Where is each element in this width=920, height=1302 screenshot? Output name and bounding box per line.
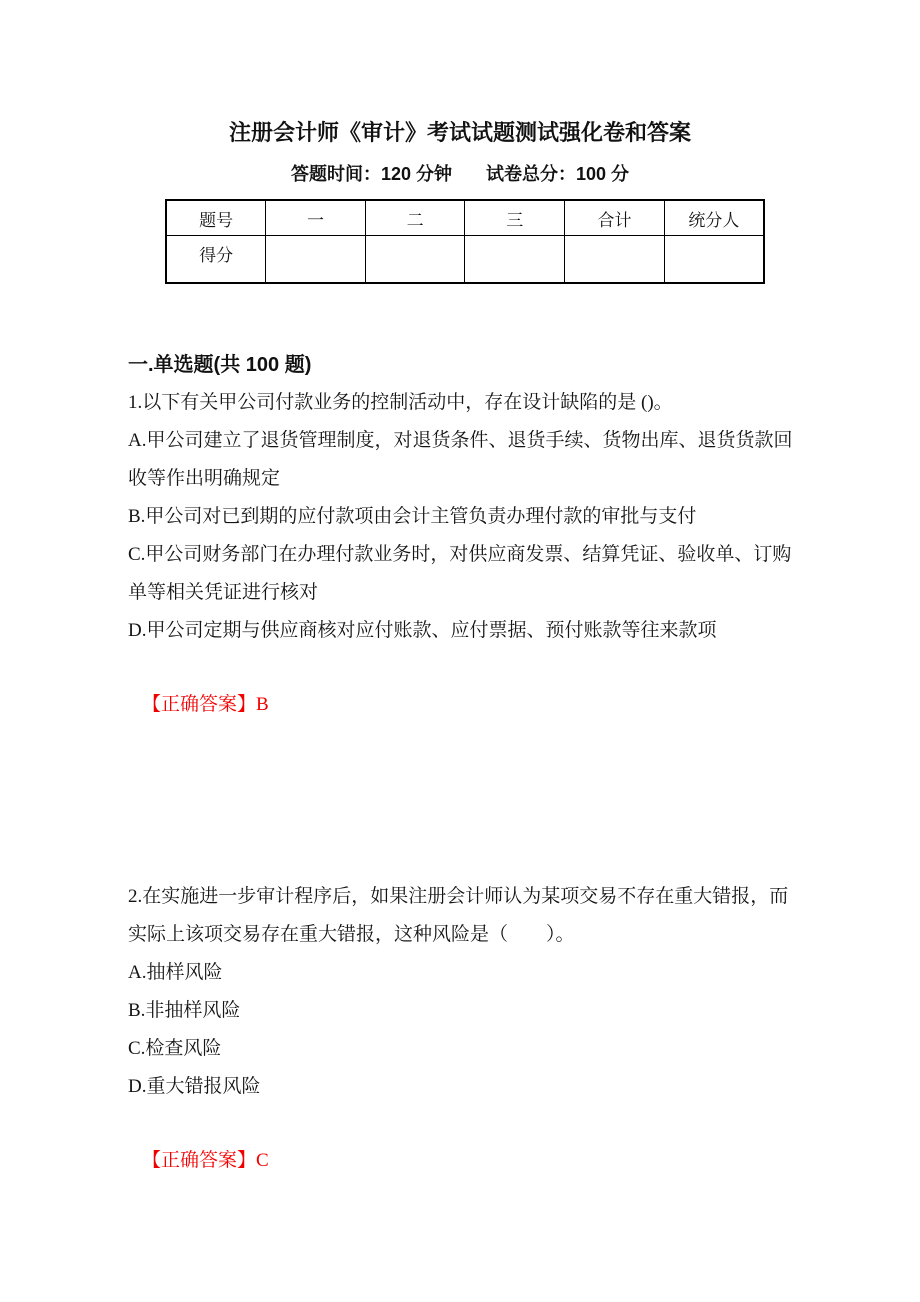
- score-table-cell-score-label: 得分: [166, 236, 266, 284]
- score-table-header-cell-scorer: 统分人: [664, 200, 764, 236]
- score-table-header-cell-part2: 二: [365, 200, 465, 236]
- question-2-stem: 2.在实施进一步审计程序后，如果注册会计师认为某项交易不存在重大错报，而实际上该…: [128, 878, 800, 954]
- question-1-option-b: B.甲公司对已到期的应付款项由会计主管负责办理付款的审批与支付: [128, 498, 800, 536]
- score-table-cell-empty: [365, 236, 465, 284]
- correct-answer-label: 【正确答案】: [142, 1150, 256, 1171]
- total-score-label: 试卷总分：100 分: [486, 164, 629, 184]
- correct-answer-value: C: [256, 1150, 269, 1171]
- time-limit-label: 答题时间：120 分钟: [291, 164, 452, 184]
- question-1-stem: 1.以下有关甲公司付款业务的控制活动中，存在设计缺陷的是 ()。: [128, 384, 800, 422]
- score-table-header-cell-part1: 一: [266, 200, 366, 236]
- score-table-cell-empty: [465, 236, 565, 284]
- question-2-option-a: A.抽样风险: [128, 954, 800, 992]
- exam-meta-line: 答题时间：120 分钟试卷总分：100 分: [0, 162, 920, 186]
- page-title: 注册会计师《审计》考试试题测试强化卷和答案: [0, 0, 920, 148]
- score-table-cell-empty: [266, 236, 366, 284]
- score-table: 题号 一 二 三 合计 统分人 得分: [165, 199, 765, 284]
- question-2-answer-line: 【正确答案】C: [142, 1142, 800, 1180]
- score-table-header-cell-question-no: 题号: [166, 200, 266, 236]
- question-2-option-d: D.重大错报风险: [128, 1068, 800, 1106]
- question-2-option-b: B.非抽样风险: [128, 992, 800, 1030]
- score-table-header-cell-part3: 三: [465, 200, 565, 236]
- section-heading-single-choice: 一.单选题(共 100 题): [128, 346, 920, 384]
- question-1-option-c: C.甲公司财务部门在办理付款业务时，对供应商发票、结算凭证、验收单、订购单等相关…: [128, 536, 800, 612]
- correct-answer-label: 【正确答案】: [142, 694, 256, 715]
- score-table-header-cell-total: 合计: [565, 200, 665, 236]
- question-1-option-d: D.甲公司定期与供应商核对应付账款、应付票据、预付账款等往来款项: [128, 612, 800, 650]
- score-table-header-row: 题号 一 二 三 合计 统分人: [166, 200, 764, 236]
- score-table-cell-empty: [664, 236, 764, 284]
- question-block-2: 2.在实施进一步审计程序后，如果注册会计师认为某项交易不存在重大错报，而实际上该…: [128, 878, 800, 1180]
- score-table-score-row: 得分: [166, 236, 764, 284]
- question-1-answer-line: 【正确答案】B: [142, 686, 800, 724]
- question-block-1: 1.以下有关甲公司付款业务的控制活动中，存在设计缺陷的是 ()。 A.甲公司建立…: [128, 384, 800, 724]
- correct-answer-value: B: [256, 694, 269, 715]
- exam-document-page: 注册会计师《审计》考试试题测试强化卷和答案 答题时间：120 分钟试卷总分：10…: [0, 0, 920, 1302]
- score-table-cell-empty: [565, 236, 665, 284]
- question-2-option-c: C.检查风险: [128, 1030, 800, 1068]
- question-1-option-a: A.甲公司建立了退货管理制度，对退货条件、退货手续、货物出库、退货货款回收等作出…: [128, 422, 800, 498]
